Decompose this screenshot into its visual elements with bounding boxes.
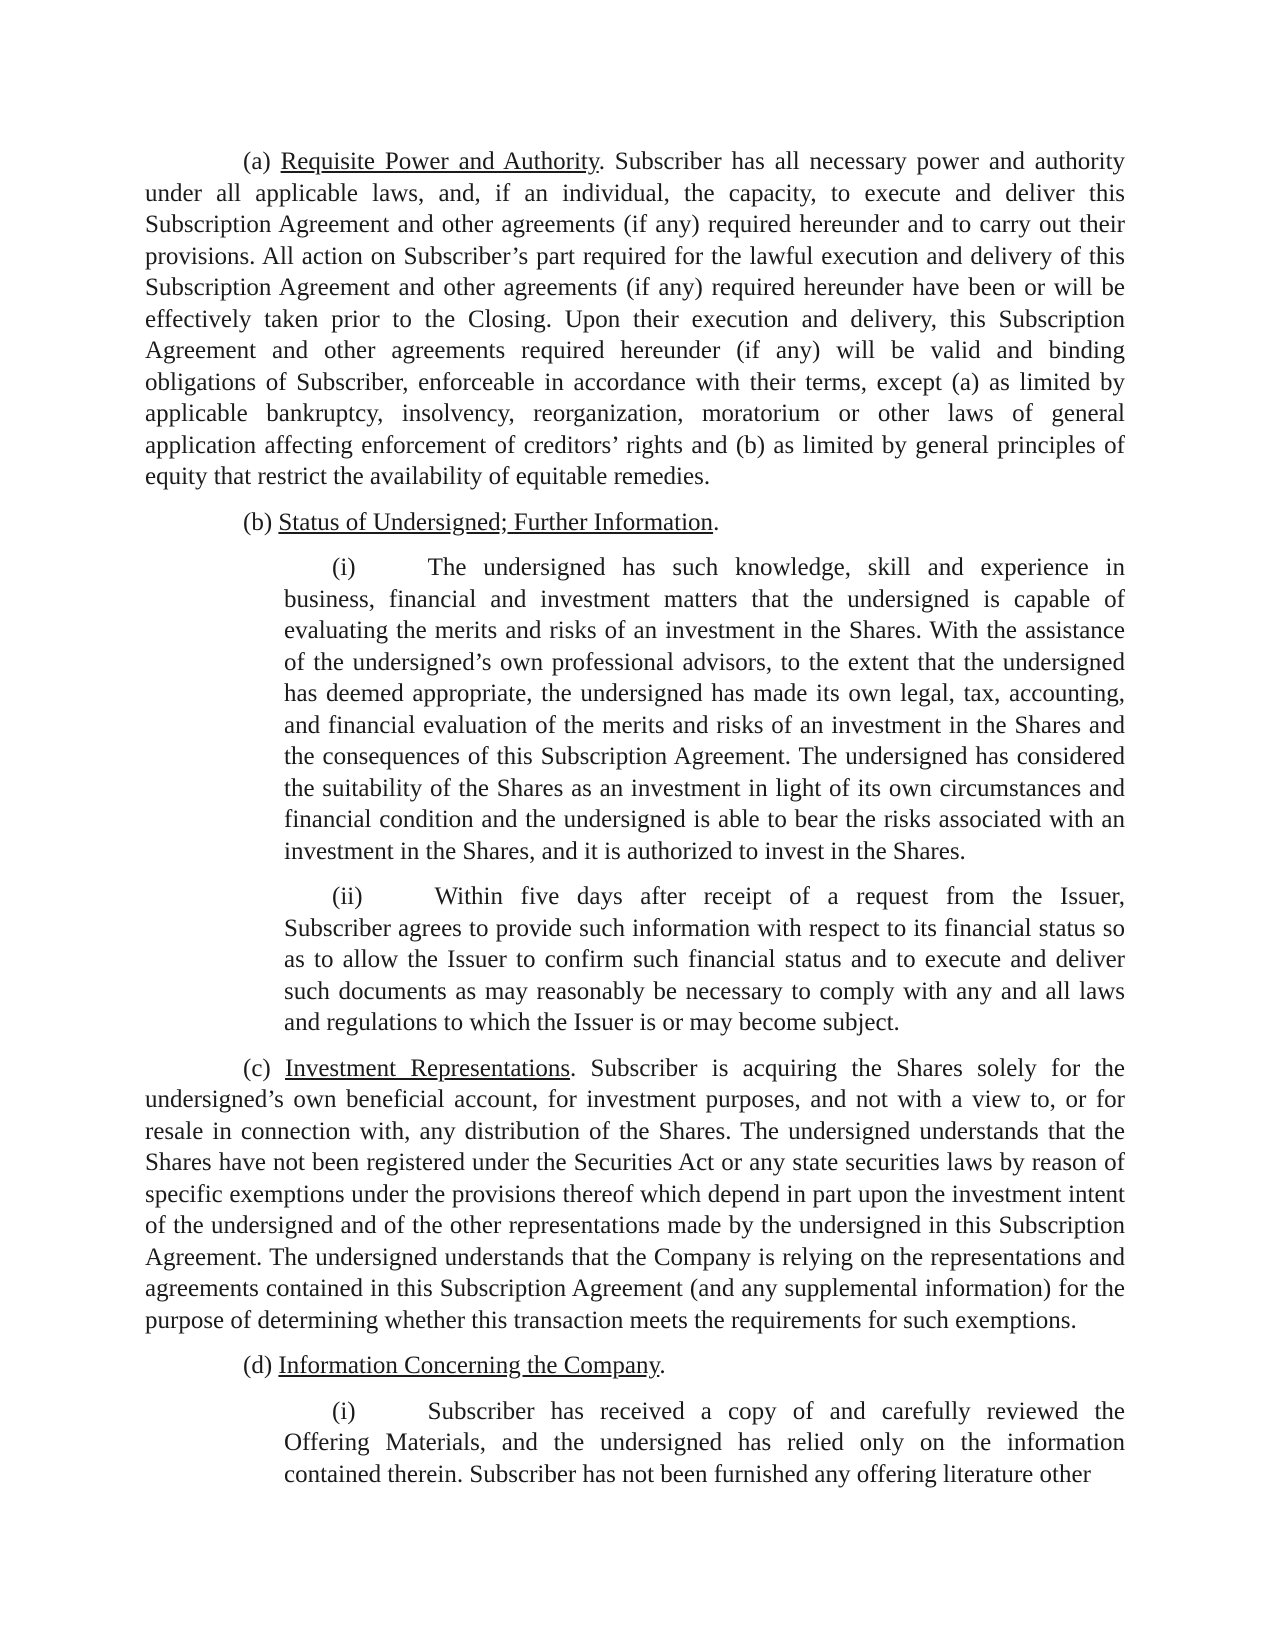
paragraph-b-i-text: The undersigned has such knowledge, skil… bbox=[284, 554, 1125, 865]
paragraph-d-body: . bbox=[659, 1352, 665, 1379]
paragraph-b-ii-label: (ii) bbox=[332, 883, 363, 910]
paragraph-c-label: (c) bbox=[243, 1055, 271, 1082]
paragraph-d-i-label: (i) bbox=[332, 1398, 356, 1425]
document-page: (a) Requisite Power and Authority. Subsc… bbox=[0, 0, 1275, 1650]
paragraph-b-body: . bbox=[713, 509, 719, 536]
paragraph-b-i-label: (i) bbox=[332, 554, 356, 581]
paragraph-c-body: . Subscriber is acquiring the Shares sol… bbox=[145, 1055, 1125, 1334]
paragraph-d-i: (i)Subscriber has received a copy of and… bbox=[284, 1396, 1125, 1491]
paragraph-a-heading: Requisite Power and Authority bbox=[281, 148, 599, 175]
paragraph-c-heading: Investment Representations bbox=[285, 1055, 570, 1082]
paragraph-d: (d) Information Concerning the Company. bbox=[145, 1350, 1125, 1382]
paragraph-b: (b) Status of Undersigned; Further Infor… bbox=[145, 507, 1125, 539]
paragraph-a: (a) Requisite Power and Authority. Subsc… bbox=[145, 146, 1125, 493]
paragraph-d-i-text: Subscriber has received a copy of and ca… bbox=[284, 1398, 1125, 1488]
paragraph-b-label: (b) bbox=[243, 509, 272, 536]
paragraph-b-ii: (ii)Within five days after receipt of a … bbox=[284, 881, 1125, 1039]
paragraph-d-label: (d) bbox=[243, 1352, 272, 1379]
paragraph-b-heading: Status of Undersigned; Further Informati… bbox=[278, 509, 713, 536]
paragraph-c: (c) Investment Representations. Subscrib… bbox=[145, 1053, 1125, 1337]
paragraph-a-label: (a) bbox=[243, 148, 271, 175]
paragraph-b-ii-text: Within five days after receipt of a requ… bbox=[284, 883, 1125, 1036]
paragraph-d-heading: Information Concerning the Company bbox=[278, 1352, 659, 1379]
paragraph-b-i: (i)The undersigned has such knowledge, s… bbox=[284, 552, 1125, 867]
paragraph-a-body: . Subscriber has all necessary power and… bbox=[145, 148, 1125, 490]
